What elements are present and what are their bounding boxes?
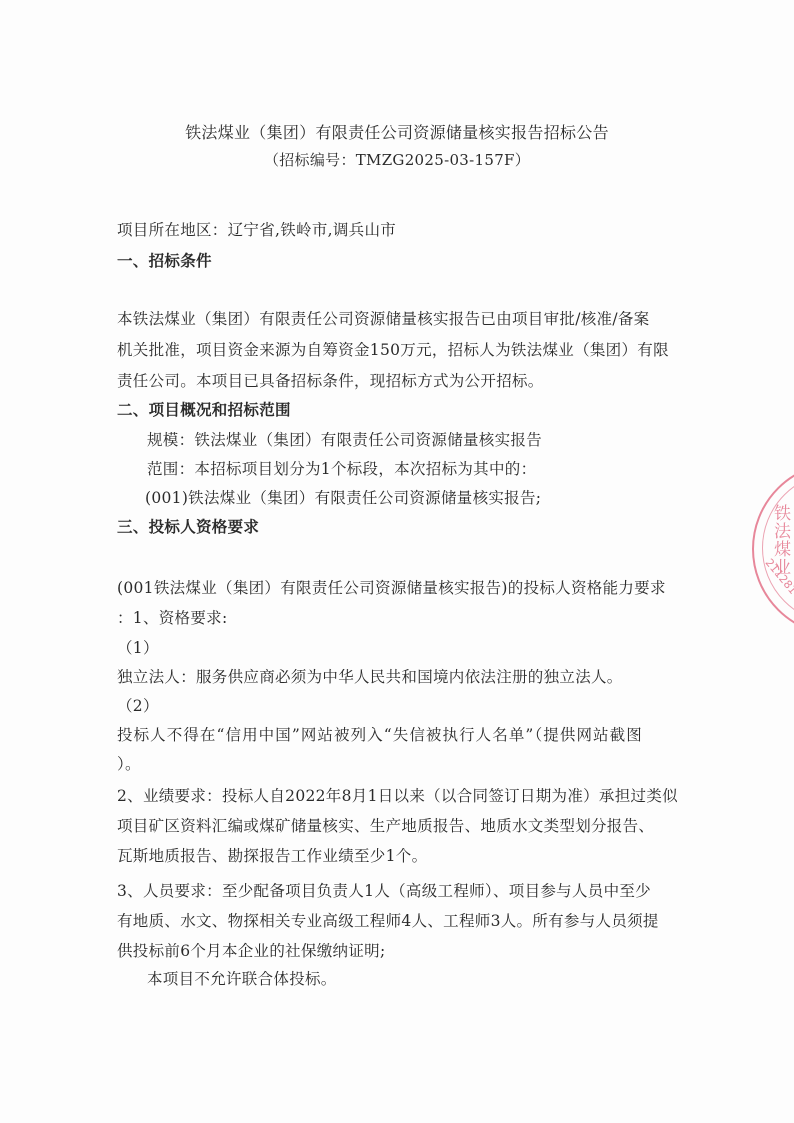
project-location: 项目所在地区：辽宁省,铁岭市,调兵山市 — [117, 218, 396, 240]
document-page: 铁法煤业（集团）有限责任公司资源储量核实报告招标公告 （招标编号：TMZG202… — [0, 0, 794, 1123]
paragraph-line: 供投标前6个月本企业的社保缴纳证明; — [117, 939, 386, 961]
section-heading-2: 二、项目概况和招标范围 — [117, 398, 291, 420]
paragraph-line: (001铁法煤业（集团）有限责任公司资源储量核实报告)的投标人资格能力要求 — [117, 576, 642, 598]
paragraph-line: ）。 — [117, 752, 141, 774]
paragraph-line: 项目矿区资料汇编或煤矿储量核实、生产地质报告、地质水文类型划分报告、 — [117, 814, 642, 836]
paragraph-line: 3、人员要求：至少配备项目负责人1人（高级工程师）、项目参与人员中至少 — [117, 879, 642, 901]
document-title: 铁法煤业（集团）有限责任公司资源储量核实报告招标公告 — [0, 120, 794, 143]
paragraph-line: （2） — [117, 694, 159, 716]
scale-line: 规模：铁法煤业（集团）有限责任公司资源储量核实报告 — [147, 428, 542, 450]
section-heading-1: 一、招标条件 — [117, 249, 212, 271]
paragraph-line: 责任公司。本项目已具备招标条件，现招标方式为公开招标。 — [117, 369, 544, 391]
paragraph-line: 本项目不允许联合体投标。 — [147, 967, 337, 989]
paragraph-line: 瓦斯地质报告、勘探报告工作业绩至少1个。 — [117, 844, 427, 866]
paragraph-line: 有地质、水文、物探相关专业高级工程师4人、工程师3人。所有参与人员须提 — [117, 909, 642, 931]
paragraph-line: 本铁法煤业（集团）有限责任公司资源储量核实报告已由项目审批/核准/备案 — [117, 307, 642, 329]
lot-line: (001)铁法煤业（集团）有限责任公司资源储量核实报告; — [145, 486, 541, 508]
scope-line: 范围：本招标项目划分为1个标段，本次招标为其中的： — [147, 457, 536, 479]
paragraph-line: 2、业绩要求：投标人自2022年8月1日以来（以合同签订日期为准）承担过类似 — [117, 784, 642, 806]
paragraph-line: 投标人不得在“信用中国”网站被列入“失信被执行人名单”（提供网站截图 — [117, 723, 642, 745]
paragraph-line: （1） — [117, 636, 159, 658]
company-seal-stamp: 铁法煤业 211281 — [752, 462, 794, 636]
tender-number: （招标编号：TMZG2025-03-157F） — [0, 149, 794, 170]
paragraph-line: 机关批准，项目资金来源为自筹资金150万元，招标人为铁法煤业（集团）有限 — [117, 338, 642, 360]
section-heading-3: 三、投标人资格要求 — [117, 515, 259, 537]
paragraph-line: 独立法人：服务供应商必须为中华人民共和国境内依法注册的独立法人。 — [117, 665, 623, 687]
paragraph-line: ：1、资格要求: — [117, 606, 227, 628]
